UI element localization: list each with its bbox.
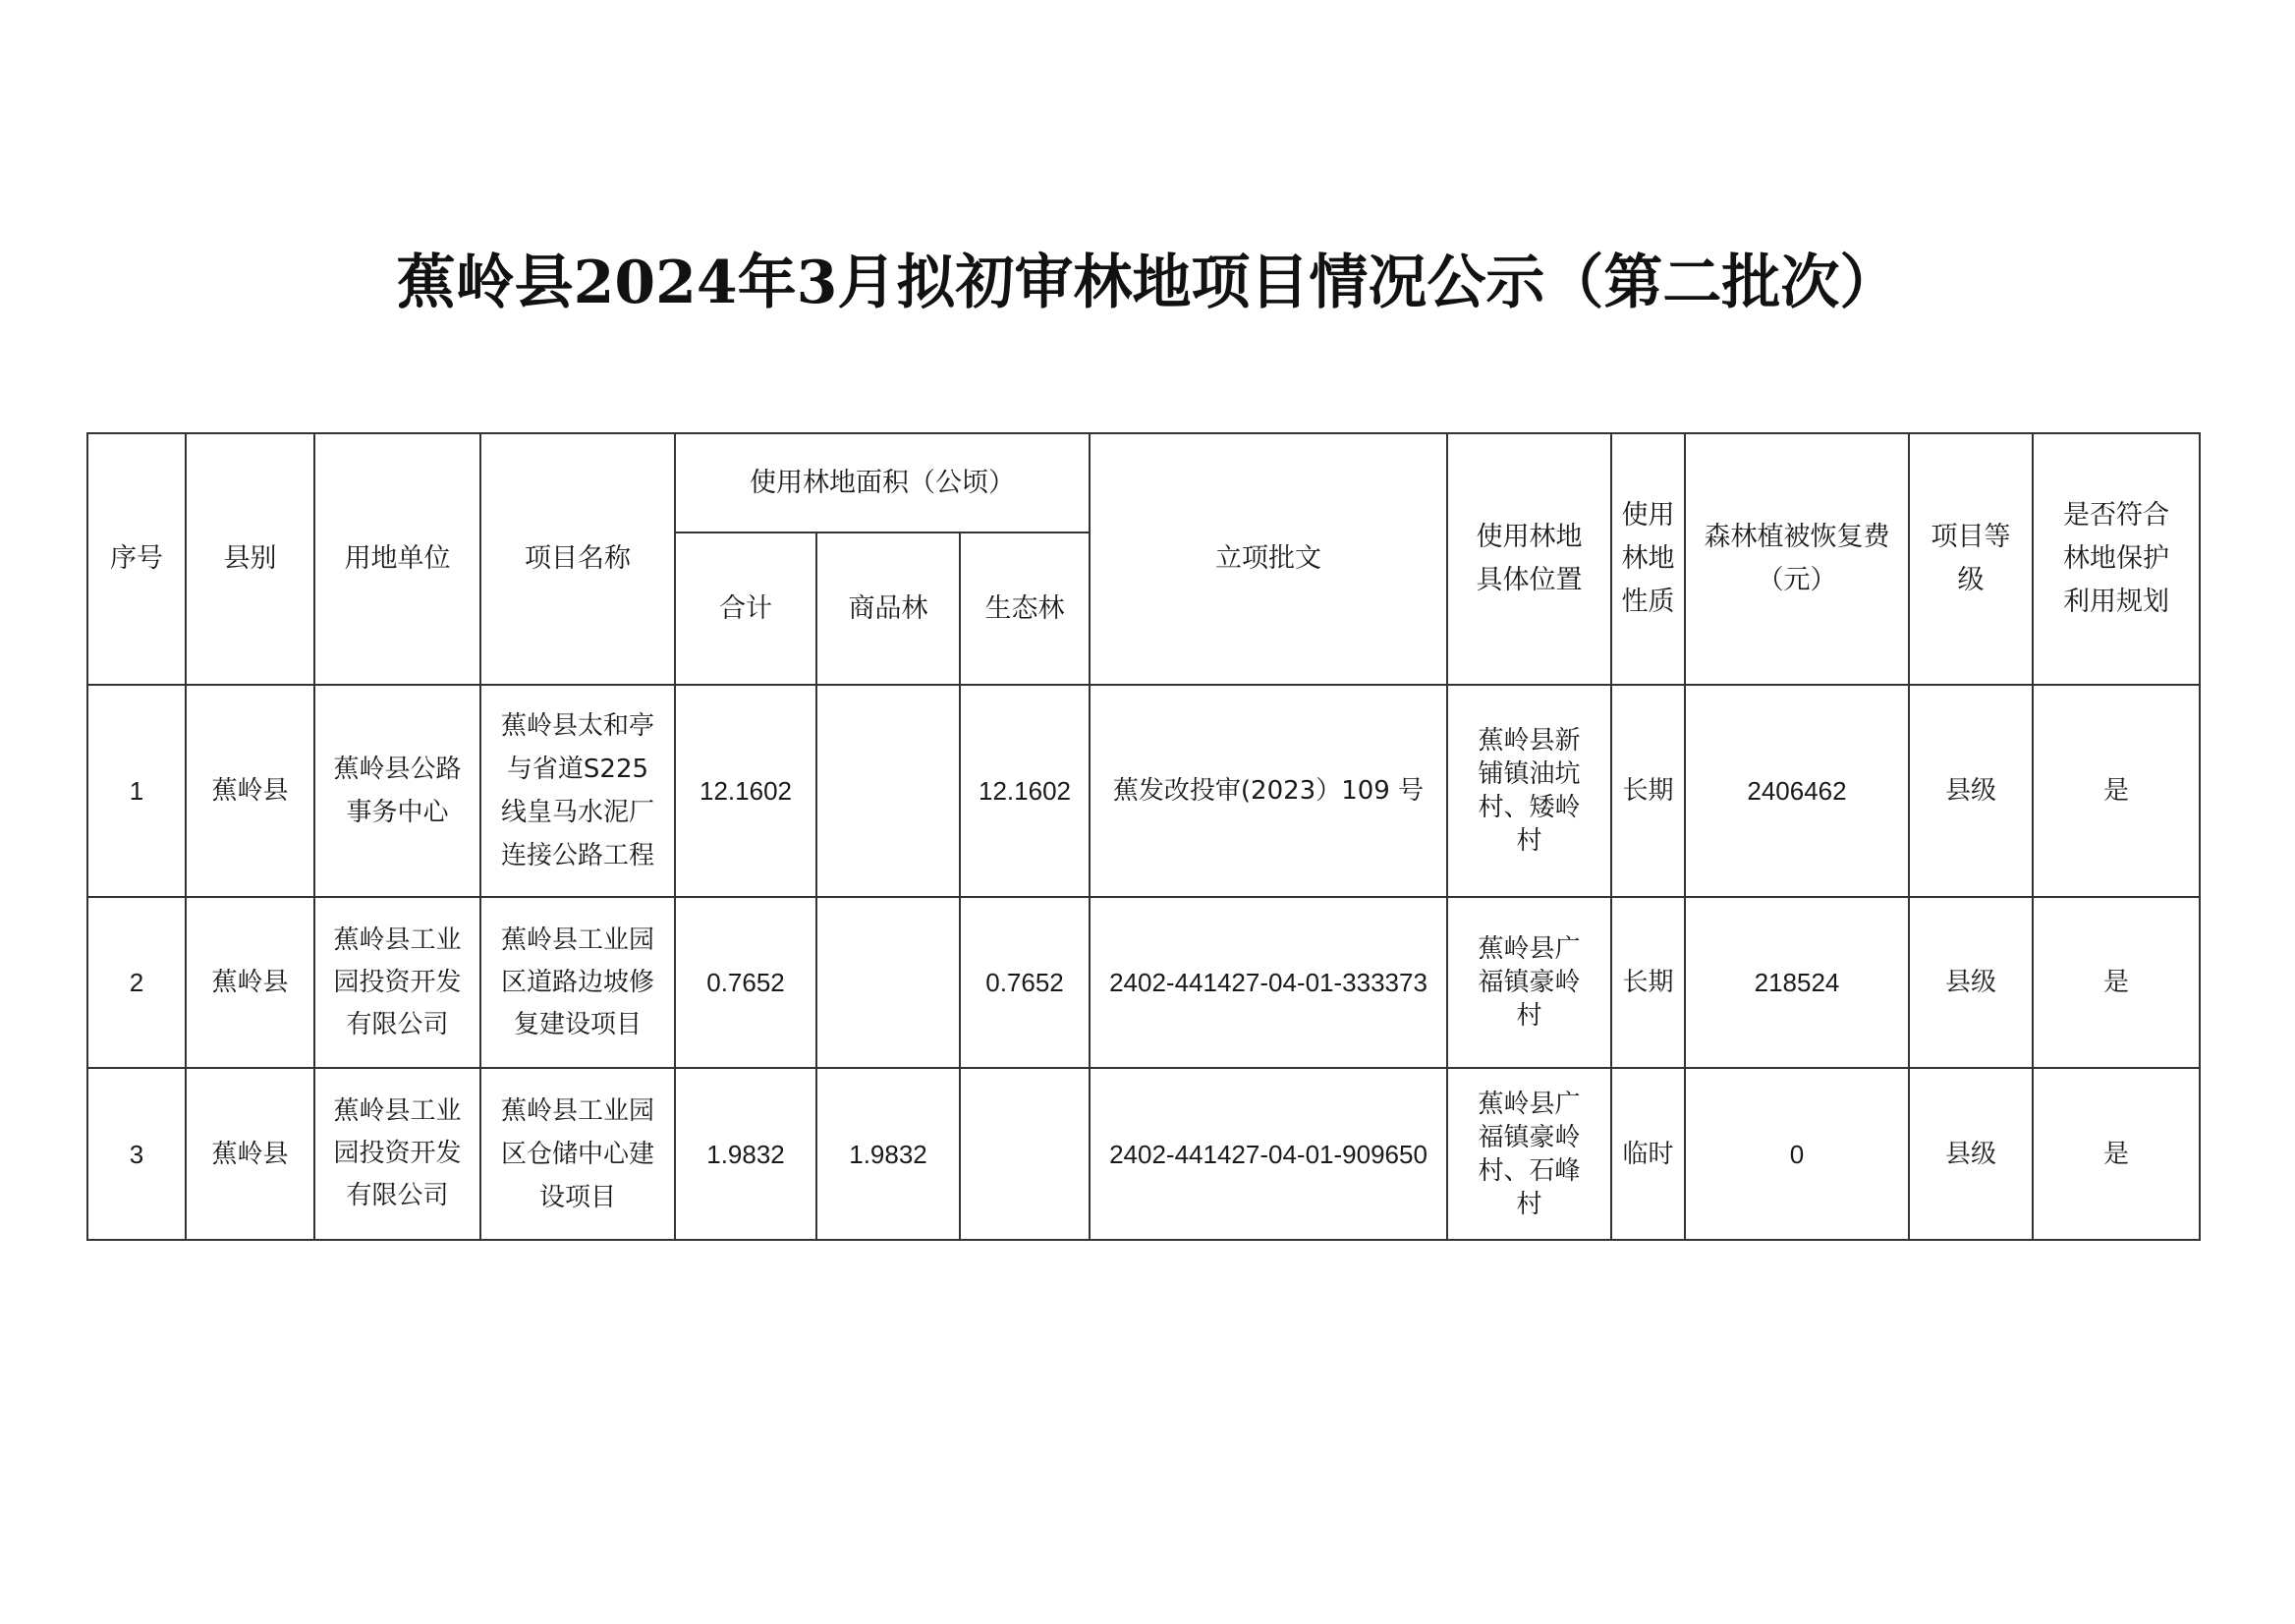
cell-project: 蕉岭县工业园区仓储中心建设项目 xyxy=(480,1068,675,1240)
project-table: 序号 县别 用地单位 项目名称 使用林地面积（公顷） 立项批文 使用林地具体位置… xyxy=(86,432,2201,1241)
cell-unit: 蕉岭县工业园投资开发有限公司 xyxy=(314,897,480,1068)
header-area-group: 使用林地面积（公顷） xyxy=(675,433,1090,532)
cell-location: 蕉岭县广福镇豪岭村 xyxy=(1447,897,1611,1068)
cell-area-ecological xyxy=(960,1068,1090,1240)
header-restoration-fee: 森林植被恢复费（元） xyxy=(1685,433,1909,685)
cell-restoration-fee: 2406462 xyxy=(1685,685,1909,897)
header-area-commercial: 商品林 xyxy=(816,532,960,685)
cell-approval: 蕉发改投审(2023）109 号 xyxy=(1090,685,1447,897)
cell-area-ecological: 0.7652 xyxy=(960,897,1090,1068)
header-nature: 使用林地性质 xyxy=(1611,433,1685,685)
cell-level: 县级 xyxy=(1909,685,2033,897)
table-row: 3 蕉岭县 蕉岭县工业园投资开发有限公司 蕉岭县工业园区仓储中心建设项目 1.9… xyxy=(87,1068,2200,1240)
cell-area-total: 1.9832 xyxy=(675,1068,816,1240)
cell-unit: 蕉岭县工业园投资开发有限公司 xyxy=(314,1068,480,1240)
header-area-total: 合计 xyxy=(675,532,816,685)
cell-area-ecological: 12.1602 xyxy=(960,685,1090,897)
table-row: 2 蕉岭县 蕉岭县工业园投资开发有限公司 蕉岭县工业园区道路边坡修复建设项目 0… xyxy=(87,897,2200,1068)
header-location: 使用林地具体位置 xyxy=(1447,433,1611,685)
cell-project: 蕉岭县工业园区道路边坡修复建设项目 xyxy=(480,897,675,1068)
header-row-1: 序号 县别 用地单位 项目名称 使用林地面积（公顷） 立项批文 使用林地具体位置… xyxy=(87,433,2200,532)
header-compliance: 是否符合林地保护利用规划 xyxy=(2033,433,2200,685)
cell-project: 蕉岭县太和亭与省道S225 线皇马水泥厂连接公路工程 xyxy=(480,685,675,897)
cell-area-commercial xyxy=(816,897,960,1068)
cell-nature: 临时 xyxy=(1611,1068,1685,1240)
cell-seq: 1 xyxy=(87,685,186,897)
cell-unit: 蕉岭县公路事务中心 xyxy=(314,685,480,897)
cell-county: 蕉岭县 xyxy=(186,685,314,897)
cell-county: 蕉岭县 xyxy=(186,897,314,1068)
cell-restoration-fee: 0 xyxy=(1685,1068,1909,1240)
cell-seq: 3 xyxy=(87,1068,186,1240)
cell-area-total: 0.7652 xyxy=(675,897,816,1068)
header-level: 项目等级 xyxy=(1909,433,2033,685)
header-project: 项目名称 xyxy=(480,433,675,685)
cell-location: 蕉岭县新铺镇油坑村、矮岭村 xyxy=(1447,685,1611,897)
cell-compliance: 是 xyxy=(2033,685,2200,897)
cell-nature: 长期 xyxy=(1611,685,1685,897)
cell-restoration-fee: 218524 xyxy=(1685,897,1909,1068)
cell-area-commercial: 1.9832 xyxy=(816,1068,960,1240)
cell-approval: 2402-441427-04-01-909650 xyxy=(1090,1068,1447,1240)
cell-county: 蕉岭县 xyxy=(186,1068,314,1240)
table-row: 1 蕉岭县 蕉岭县公路事务中心 蕉岭县太和亭与省道S225 线皇马水泥厂连接公路… xyxy=(87,685,2200,897)
cell-nature: 长期 xyxy=(1611,897,1685,1068)
cell-approval: 2402-441427-04-01-333373 xyxy=(1090,897,1447,1068)
cell-compliance: 是 xyxy=(2033,897,2200,1068)
cell-level: 县级 xyxy=(1909,897,2033,1068)
cell-location: 蕉岭县广福镇豪岭村、石峰村 xyxy=(1447,1068,1611,1240)
header-seq: 序号 xyxy=(87,433,186,685)
cell-area-total: 12.1602 xyxy=(675,685,816,897)
document-title: 蕉岭县2024年3月拟初审林地项目情况公示（第二批次） xyxy=(0,236,2295,320)
header-unit: 用地单位 xyxy=(314,433,480,685)
cell-area-commercial xyxy=(816,685,960,897)
cell-compliance: 是 xyxy=(2033,1068,2200,1240)
header-area-ecological: 生态林 xyxy=(960,532,1090,685)
cell-level: 县级 xyxy=(1909,1068,2033,1240)
header-approval: 立项批文 xyxy=(1090,433,1447,685)
cell-seq: 2 xyxy=(87,897,186,1068)
header-county: 县别 xyxy=(186,433,314,685)
